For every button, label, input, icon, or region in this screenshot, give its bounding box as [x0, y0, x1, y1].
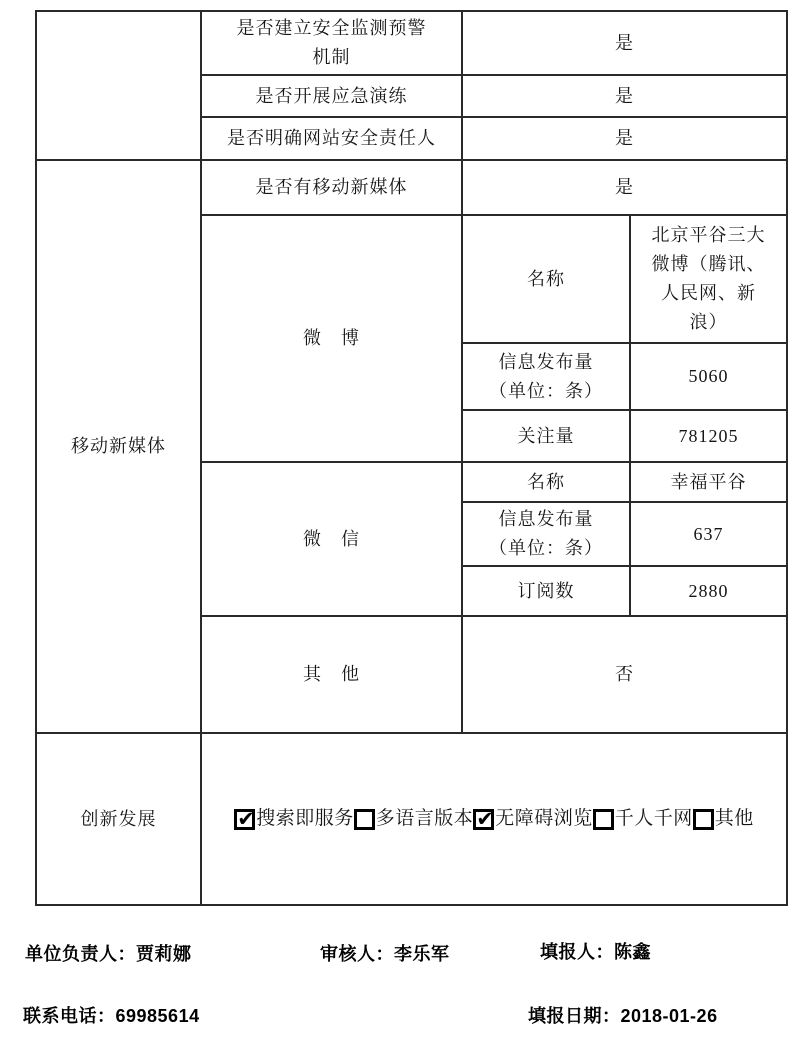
- checkbox-icon[interactable]: [473, 809, 494, 830]
- wechat-posts-value: 637: [630, 502, 787, 566]
- innovation-option-multilang: 多语言版本: [354, 807, 474, 831]
- other-media-value: 否: [462, 616, 787, 733]
- innovation-option-label: 搜索即服务: [256, 807, 354, 831]
- innovation-option-accessibility: 无障碍浏览: [473, 807, 593, 831]
- innovation-options-cell: 搜索即服务 多语言版本 无障碍浏览 千人千网: [201, 733, 787, 905]
- innovation-section-label: 创新发展: [36, 733, 201, 905]
- footer-contact-phone: 联系电话：69985614: [23, 1002, 200, 1028]
- innovation-option-label: 其他: [715, 807, 754, 831]
- checkbox-icon[interactable]: [354, 809, 375, 830]
- security-answer-drill: 是: [462, 75, 787, 117]
- security-question-drill: 是否开展应急演练: [201, 75, 462, 117]
- annual-report-table: 是否建立安全监测预警 机制 是 是否开展应急演练 是 是否明确网站安全责任人 是…: [35, 10, 788, 906]
- checkbox-icon[interactable]: [693, 809, 714, 830]
- wechat-posts-label: 信息发布量 （单位：条）: [462, 502, 630, 566]
- mobile-media-section-label: 移动新媒体: [36, 160, 201, 733]
- footer-unit-head: 单位负责人：贾莉娜: [25, 940, 192, 966]
- weibo-label: 微 博: [201, 215, 462, 462]
- has-mobile-media-answer: 是: [462, 160, 787, 215]
- wechat-label: 微 信: [201, 462, 462, 616]
- weibo-name-label: 名称: [462, 215, 630, 343]
- wechat-name-label: 名称: [462, 462, 630, 502]
- weibo-name-value: 北京平谷三大 微博（腾讯、 人民网、新 浪）: [630, 215, 787, 343]
- wechat-name-value: 幸福平谷: [630, 462, 787, 502]
- other-media-label: 其 他: [201, 616, 462, 733]
- weibo-posts-value: 5060: [630, 343, 787, 410]
- footer-reviewer: 审核人：李乐军: [320, 940, 450, 966]
- innovation-option-search: 搜索即服务: [234, 807, 354, 831]
- security-question-responsible: 是否明确网站安全责任人: [201, 117, 462, 160]
- checkbox-icon[interactable]: [234, 809, 255, 830]
- has-mobile-media-question: 是否有移动新媒体: [201, 160, 462, 215]
- innovation-option-label: 千人千网: [615, 807, 693, 831]
- innovation-option-other: 其他: [693, 807, 754, 831]
- innovation-option-label: 无障碍浏览: [495, 807, 593, 831]
- innovation-option-label: 多语言版本: [376, 807, 474, 831]
- footer-preparer: 填报人：陈鑫: [540, 938, 651, 964]
- security-section-cell: [36, 11, 201, 160]
- report-page: 是否建立安全监测预警 机制 是 是否开展应急演练 是 是否明确网站安全责任人 是…: [0, 0, 800, 1051]
- innovation-options: 搜索即服务 多语言版本 无障碍浏览 千人千网: [208, 807, 780, 831]
- security-answer-responsible: 是: [462, 117, 787, 160]
- security-question-monitoring: 是否建立安全监测预警 机制: [201, 11, 462, 75]
- innovation-option-personalized: 千人千网: [593, 807, 693, 831]
- checkbox-icon[interactable]: [593, 809, 614, 830]
- weibo-followers-value: 781205: [630, 410, 787, 462]
- security-answer-monitoring: 是: [462, 11, 787, 75]
- footer-report-date: 填报日期：2018-01-26: [528, 1002, 718, 1028]
- wechat-subscribers-label: 订阅数: [462, 566, 630, 616]
- weibo-posts-label: 信息发布量 （单位：条）: [462, 343, 630, 410]
- wechat-subscribers-value: 2880: [630, 566, 787, 616]
- weibo-followers-label: 关注量: [462, 410, 630, 462]
